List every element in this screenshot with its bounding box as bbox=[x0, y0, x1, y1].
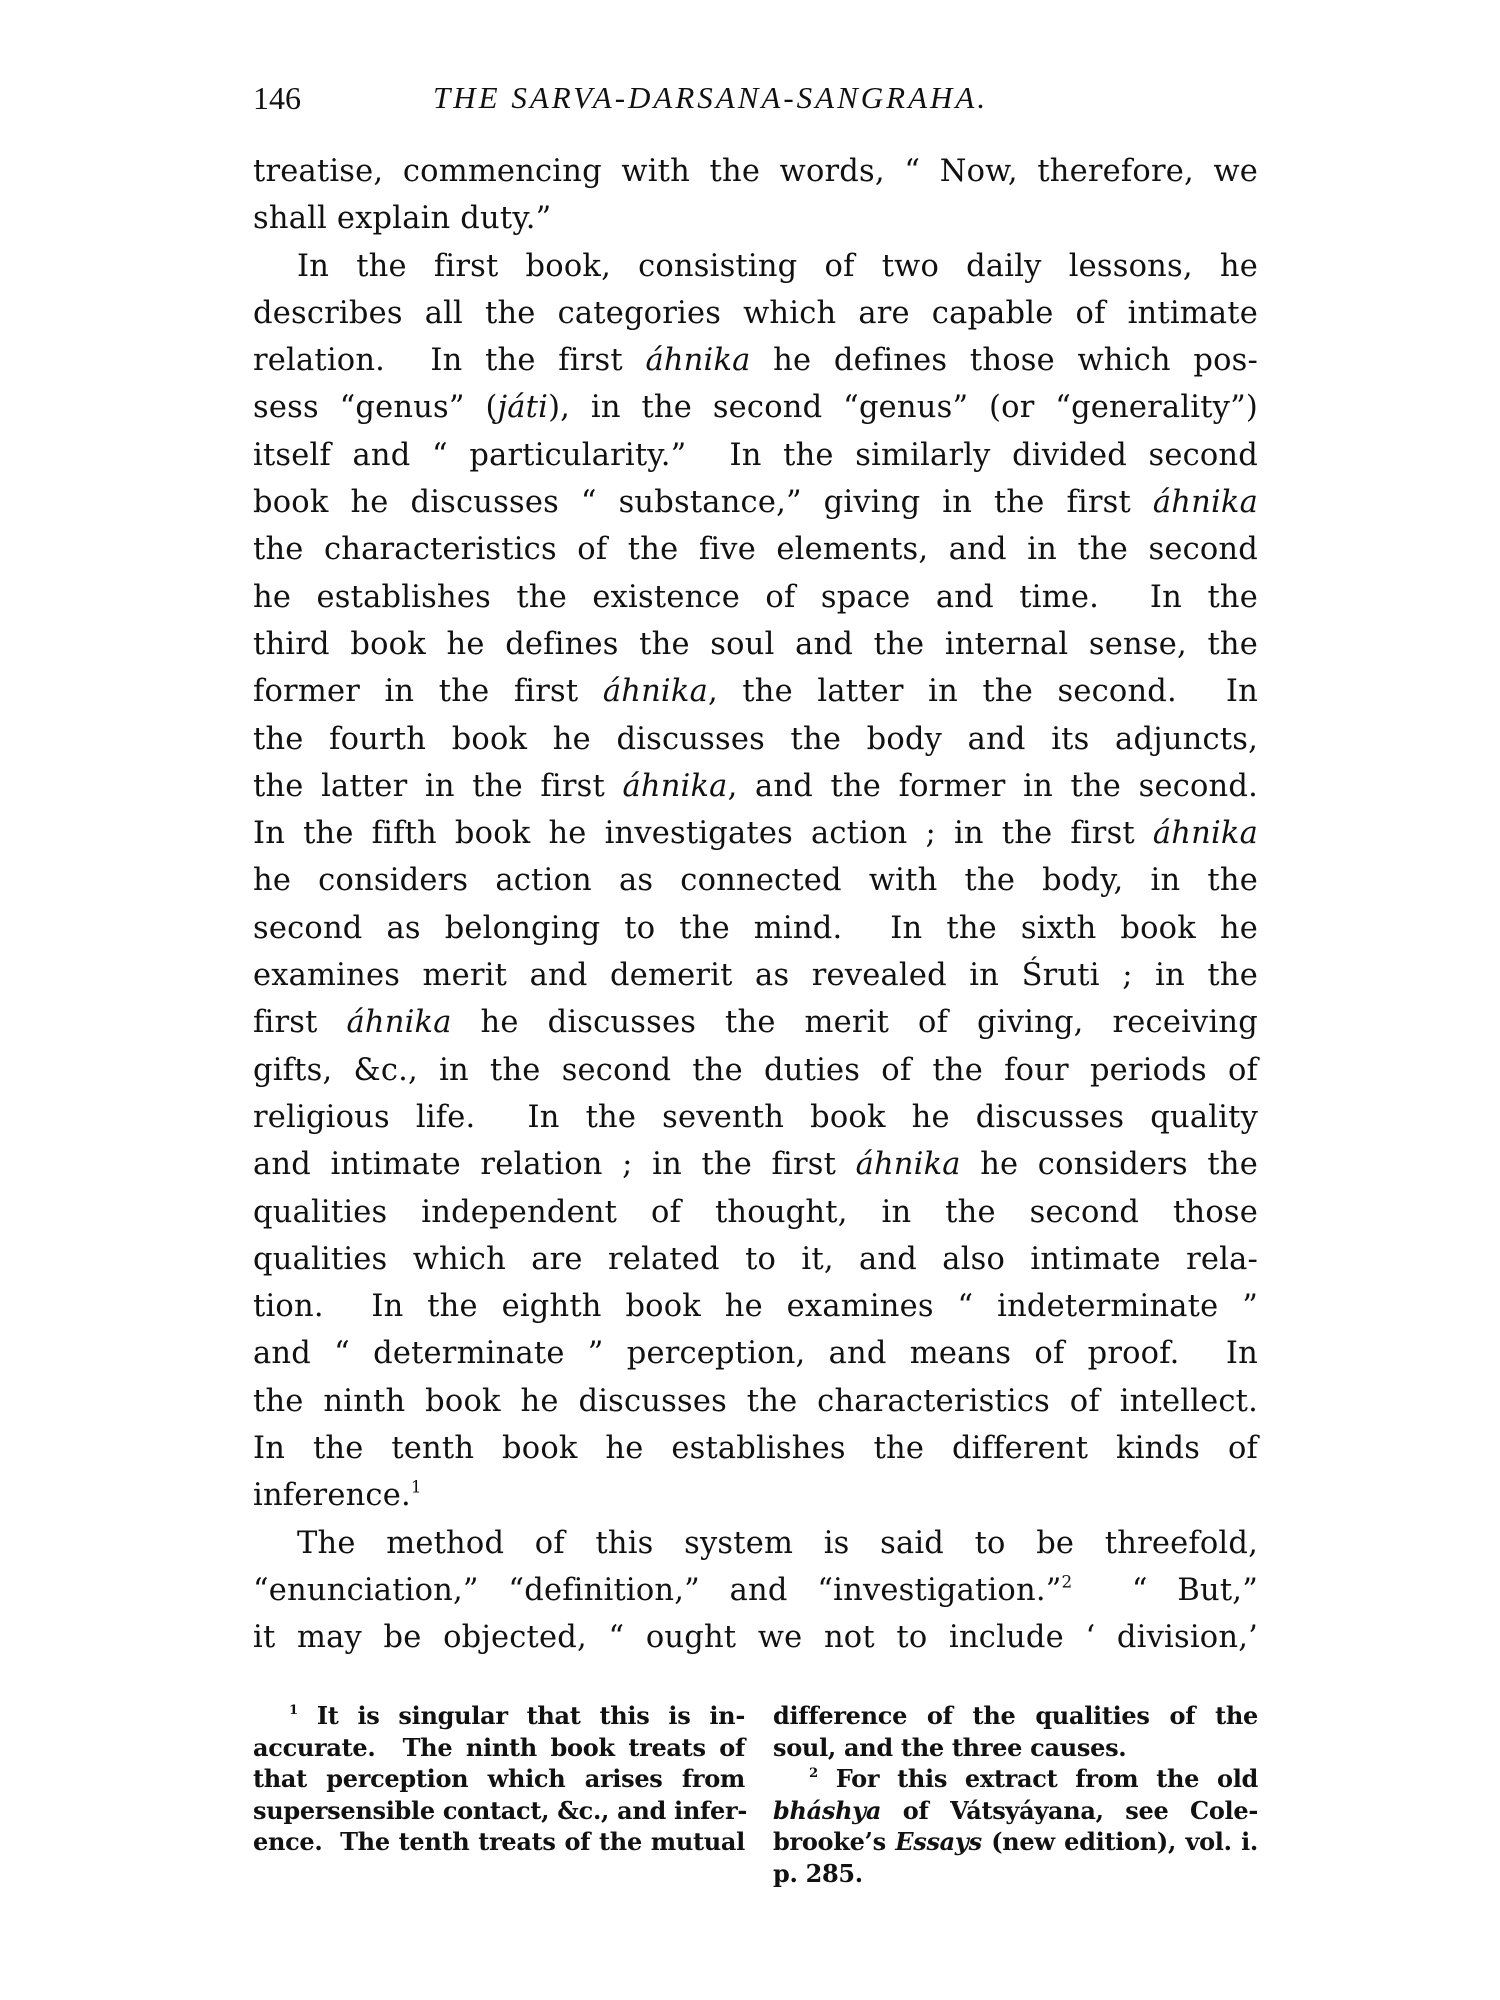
footnote-line: brooke’s Essays (new edition), vol. i. bbox=[773, 1826, 1258, 1858]
body-line: The method of this system is said to be … bbox=[253, 1520, 1258, 1567]
text-run: of Vátsyáyana, see Cole- bbox=[881, 1796, 1258, 1825]
text-run: It is singular that this is in- bbox=[298, 1701, 745, 1730]
text-run: and intimate relation ; in the first bbox=[253, 1147, 856, 1182]
text-run: describes all the categories which are c… bbox=[253, 296, 1258, 331]
footnote-line: supersensible contact, &c., and infer- bbox=[253, 1795, 745, 1827]
body-line: treatise, commencing with the words, “ N… bbox=[253, 148, 1258, 195]
text-run: it may be objected, “ ought we not to in… bbox=[253, 1620, 1258, 1655]
body-line: the latter in the first áhnika, and the … bbox=[253, 763, 1258, 810]
footnote-line: difference of the qualities of the bbox=[773, 1700, 1258, 1732]
italic-term: játi bbox=[498, 390, 548, 425]
body-line: “enunciation,” “definition,” and “invest… bbox=[253, 1567, 1258, 1614]
text-run: the characteristics of the five elements… bbox=[253, 532, 1258, 567]
body-line: it may be objected, “ ought we not to in… bbox=[253, 1614, 1258, 1661]
italic-term: bháshya bbox=[773, 1796, 881, 1825]
body-line: gifts, &c., in the second the duties of … bbox=[253, 1047, 1258, 1094]
body-line: examines merit and demerit as revealed i… bbox=[253, 952, 1258, 999]
text-run: ence. The tenth treats of the mutual bbox=[253, 1827, 745, 1856]
text-run: and “ determinate ” perception, and mean… bbox=[253, 1336, 1258, 1371]
footnote-ref: 1 bbox=[411, 1477, 422, 1497]
footnote-ref: 2 bbox=[809, 1766, 818, 1781]
body-line: In the fifth book he investigates action… bbox=[253, 810, 1258, 857]
italic-term: áhnika bbox=[645, 343, 750, 378]
text-run: difference of the qualities of the bbox=[773, 1701, 1258, 1730]
text-run: itself and “ particularity.” In the simi… bbox=[253, 438, 1258, 473]
body-line: the fourth book he discusses the body an… bbox=[253, 716, 1258, 763]
text-run: former in the first bbox=[253, 674, 603, 709]
text-run: In the fifth book he investigates action… bbox=[253, 816, 1153, 851]
text-run: he establishes the existence of space an… bbox=[253, 580, 1258, 615]
text-run: For this extract from the old bbox=[818, 1764, 1258, 1793]
text-run: third book he defines the soul and the i… bbox=[253, 627, 1258, 662]
text-run: gifts, &c., in the second the duties of … bbox=[253, 1053, 1258, 1088]
text-run: he defines those which pos- bbox=[751, 343, 1258, 378]
text-run: (new edition), vol. i. bbox=[982, 1827, 1258, 1856]
body-line: he considers action as connected with th… bbox=[253, 857, 1258, 904]
text-run: p. 285. bbox=[773, 1859, 863, 1888]
body-line: In the tenth book he establishes the dif… bbox=[253, 1425, 1258, 1472]
footnote-line: accurate. The ninth book treats of bbox=[253, 1732, 745, 1764]
running-head: 146 THE SARVA-DARSANA-SANGRAHA. bbox=[253, 78, 1258, 118]
text-run: treatise, commencing with the words, “ N… bbox=[253, 154, 1258, 189]
body-line: first áhnika he discusses the merit of g… bbox=[253, 999, 1258, 1046]
text-run: supersensible contact, &c., and infer- bbox=[253, 1796, 747, 1825]
text-run: he discusses the merit of giving, receiv… bbox=[452, 1005, 1258, 1040]
running-title: THE SARVA-DARSANA-SANGRAHA. bbox=[433, 78, 988, 118]
book-page: 146 THE SARVA-DARSANA-SANGRAHA. treatise… bbox=[0, 0, 1500, 2000]
text-run: qualities independent of thought, in the… bbox=[253, 1195, 1258, 1230]
footnote-line: bháshya of Vátsyáyana, see Cole- bbox=[773, 1795, 1258, 1827]
footnote-ref: 2 bbox=[1062, 1571, 1073, 1591]
footnote-column-left: 1 It is singular that this is in-accurat… bbox=[253, 1700, 745, 1858]
body-line: book he discusses “ substance,” giving i… bbox=[253, 479, 1258, 526]
body-line: tion. In the eighth book he examines “ i… bbox=[253, 1283, 1258, 1330]
footnote-line: ence. The tenth treats of the mutual bbox=[253, 1826, 745, 1858]
body-line: former in the first áhnika, the latter i… bbox=[253, 668, 1258, 715]
text-run: In the first book, consisting of two dai… bbox=[297, 249, 1258, 284]
text-run: first bbox=[253, 1005, 347, 1040]
italic-term: áhnika bbox=[622, 769, 727, 804]
text-run: qualities which are related to it, and a… bbox=[253, 1242, 1258, 1277]
text-run: religious life. In the seventh book he d… bbox=[253, 1100, 1258, 1135]
body-line: In the first book, consisting of two dai… bbox=[253, 243, 1258, 290]
footnote-column-right: difference of the qualities of thesoul, … bbox=[773, 1700, 1258, 1890]
text-run: In the tenth book he establishes the dif… bbox=[253, 1431, 1258, 1466]
body-line: religious life. In the seventh book he d… bbox=[253, 1094, 1258, 1141]
text-run: , the latter in the second. In bbox=[708, 674, 1258, 709]
footnote-line: p. 285. bbox=[773, 1858, 1258, 1890]
body-line: shall explain duty.” bbox=[253, 195, 1258, 242]
body-line: qualities independent of thought, in the… bbox=[253, 1189, 1258, 1236]
footnote-line: that perception which arises from bbox=[253, 1763, 745, 1795]
text-run: second as belonging to the mind. In the … bbox=[253, 911, 1258, 946]
body-line: he establishes the existence of space an… bbox=[253, 574, 1258, 621]
text-run: “enunciation,” “definition,” and “invest… bbox=[253, 1573, 1062, 1608]
body-line: qualities which are related to it, and a… bbox=[253, 1236, 1258, 1283]
text-run: brooke’s bbox=[773, 1827, 895, 1856]
text-run: accurate. The ninth book treats of bbox=[253, 1733, 745, 1762]
footnote-ref: 1 bbox=[289, 1703, 298, 1718]
italic-term: áhnika bbox=[856, 1147, 961, 1182]
text-run: the latter in the first bbox=[253, 769, 622, 804]
body-line: third book he defines the soul and the i… bbox=[253, 621, 1258, 668]
body-line: inference.1 bbox=[253, 1472, 1258, 1519]
text-run: , and the former in the second. bbox=[728, 769, 1258, 804]
text-run: ), in the second “genus” (or “generality… bbox=[548, 390, 1258, 425]
text-run: he considers the bbox=[961, 1147, 1258, 1182]
text-run: that perception which arises from bbox=[253, 1764, 745, 1793]
text-run: relation. In the first bbox=[253, 343, 645, 378]
italic-term: áhnika bbox=[347, 1005, 452, 1040]
text-run: soul, and the three causes. bbox=[773, 1733, 1126, 1762]
text-run: tion. In the eighth book he examines “ i… bbox=[253, 1289, 1258, 1324]
text-run: The method of this system is said to be … bbox=[297, 1526, 1258, 1561]
text-run: book he discusses “ substance,” giving i… bbox=[253, 485, 1153, 520]
body-line: and intimate relation ; in the first áhn… bbox=[253, 1141, 1258, 1188]
body-line: relation. In the first áhnika he defines… bbox=[253, 337, 1258, 384]
page-number: 146 bbox=[253, 78, 301, 118]
text-run: he considers action as connected with th… bbox=[253, 863, 1258, 898]
text-run: shall explain duty.” bbox=[253, 201, 551, 236]
body-line: and “ determinate ” perception, and mean… bbox=[253, 1330, 1258, 1377]
text-run: the ninth book he discusses the characte… bbox=[253, 1384, 1258, 1419]
body-text: treatise, commencing with the words, “ N… bbox=[253, 148, 1258, 1662]
footnote-line: 1 It is singular that this is in- bbox=[253, 1700, 745, 1732]
body-line: the characteristics of the five elements… bbox=[253, 526, 1258, 573]
text-run: inference. bbox=[253, 1478, 411, 1513]
text-run: sess “genus” ( bbox=[253, 390, 498, 425]
body-line: itself and “ particularity.” In the simi… bbox=[253, 432, 1258, 479]
footnote-line: soul, and the three causes. bbox=[773, 1732, 1258, 1764]
body-line: sess “genus” (játi), in the second “genu… bbox=[253, 384, 1258, 431]
body-line: describes all the categories which are c… bbox=[253, 290, 1258, 337]
text-run: examines merit and demerit as revealed i… bbox=[253, 958, 1258, 993]
body-line: the ninth book he discusses the characte… bbox=[253, 1378, 1258, 1425]
text-run: “ But,” bbox=[1072, 1573, 1258, 1608]
italic-term: áhnika bbox=[1153, 816, 1258, 851]
text-run: the fourth book he discusses the body an… bbox=[253, 722, 1258, 757]
footnotes: 1 It is singular that this is in-accurat… bbox=[253, 1700, 1258, 1900]
italic-term: áhnika bbox=[1153, 485, 1258, 520]
italic-term: áhnika bbox=[603, 674, 708, 709]
footnote-line: 2 For this extract from the old bbox=[773, 1763, 1258, 1795]
italic-term: Essays bbox=[895, 1827, 982, 1856]
body-line: second as belonging to the mind. In the … bbox=[253, 905, 1258, 952]
